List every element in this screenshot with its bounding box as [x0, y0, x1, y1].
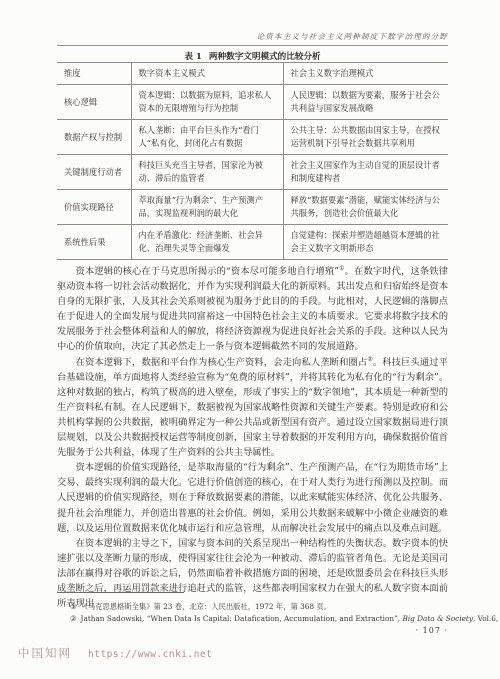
footnote-item: ①《马克思恩格斯全集》第 23 卷，北京：人民出版社，1972 年，第 368 … [57, 601, 452, 613]
table-row: 关键制度行动者 科技巨头充当主导者，国家沦为被动、滞后的监管者 社会主义国家作为… [57, 155, 448, 190]
capitalism-cell: 内在矛盾激化：经济垄断、社会异化、治理失灵等全面爆发 [131, 225, 283, 260]
header-divider [57, 45, 448, 46]
row-dimension: 核心逻辑 [57, 85, 131, 120]
footnote-divider [57, 592, 184, 593]
row-dimension: 系统性后果 [57, 225, 131, 260]
watermark-url: https://www.cnki.net [88, 649, 212, 660]
capitalism-cell: 萃取海量“行为剩余”、生产预测产品，实现监视利润的最大化 [131, 190, 283, 225]
socialism-cell: 社会主义国家作为主动自觉的顶层设计者和制度建构者 [283, 155, 448, 190]
page-number: · 107 · [416, 626, 448, 635]
running-head: 论资本主义与社会主义两种制度下数字治理的分野 [57, 31, 448, 42]
footnote-text: 《马克思恩格斯全集》第 23 卷，北京：人民出版社，1972 年，第 368 页… [81, 602, 331, 611]
body-text: 资本逻辑的核心在于马克思所揭示的“资本尽可能多地自行增殖”①。在数字时代，这条铁… [57, 264, 448, 611]
table-row: 数据产权与控制 私人垄断：由平台巨头作为“看门人”私有化、封闭化占有数据 公共主… [57, 120, 448, 155]
table-row: 系统性后果 内在矛盾激化：经济垄断、社会异化、治理失灵等全面爆发 自觉建构：探索… [57, 225, 448, 260]
footnote-marker: ① [70, 602, 77, 611]
socialism-cell: 释放“数据要素”潜能，赋能实体经济与公共服务，创造社会价值最大化 [283, 190, 448, 225]
row-dimension: 价值实现路径 [57, 190, 131, 225]
column-header-dimension: 维度 [57, 63, 131, 85]
table-row: 核心逻辑 资本逻辑：以数据为原料，追求私人资本的无限增殖与行为控制 人民逻辑：以… [57, 85, 448, 120]
footnote-item: ②Jathan Sadowski, “When Data Is Capital:… [57, 613, 452, 625]
socialism-cell: 自觉建构：探索并塑造超越资本逻辑的社会主义数字文明新形态 [283, 225, 448, 260]
table-caption-label: 表 1 [184, 52, 202, 62]
column-header-socialism: 社会主义数字治理模式 [283, 63, 448, 85]
row-dimension: 数据产权与控制 [57, 120, 131, 155]
footnotes: ①《马克思恩格斯全集》第 23 卷，北京：人民出版社，1972 年，第 368 … [57, 601, 452, 626]
comparison-table: 维度 数字资本主义模式 社会主义数字治理模式 核心逻辑 资本逻辑：以数据为原料，… [57, 62, 448, 260]
paragraph: 资本逻辑的核心在于马克思所揭示的“资本尽可能多地自行增殖”①。在数字时代，这条铁… [57, 264, 448, 355]
table-caption-title: 两种数字文明模式的比较分析 [209, 52, 321, 62]
capitalism-cell: 私人垄断：由平台巨头作为“看门人”私有化、封闭化占有数据 [131, 120, 283, 155]
capitalism-cell: 科技巨头充当主导者，国家沦为被动、滞后的监管者 [131, 155, 283, 190]
footnote-marker: ② [70, 614, 77, 623]
journal-title: Big Data & Society [402, 614, 473, 623]
paragraph: 在资本逻辑的主导之下，国家与资本间的关系呈现出一种结构性的失衡状态。数字资本的快… [57, 536, 448, 611]
table-row: 价值实现路径 萃取海量“行为剩余”、生产预测产品，实现监视利润的最大化 释放“数… [57, 190, 448, 225]
socialism-cell: 公共主导：公共数据由国家主导，在授权运营机制下引导社会数据共享利用 [283, 120, 448, 155]
row-dimension: 关键制度行动者 [57, 155, 131, 190]
paragraph: 资本逻辑的价值实现路径，是萃取海量的“行为剩余”、生产预测产品，在“行为期货市场… [57, 460, 448, 535]
paragraph: 在资本逻辑下，数据和平台作为核心生产资料，会走向私人垄断和圈占②。科技巨头通过平… [57, 355, 448, 461]
capitalism-cell: 资本逻辑：以数据为原料，追求私人资本的无限增殖与行为控制 [131, 85, 283, 120]
footnote-text: Jathan Sadowski, “When Data Is Capital: … [81, 614, 500, 623]
watermark-site-name: 中国知网 [18, 645, 72, 661]
column-header-capitalism: 数字资本主义模式 [131, 63, 283, 85]
cnki-watermark: 中国知网 https://www.cnki.net [18, 645, 212, 661]
table-header-row: 维度 数字资本主义模式 社会主义数字治理模式 [57, 63, 448, 85]
socialism-cell: 人民逻辑：以数据为要素，服务于社会公共利益与国家发展战略 [283, 85, 448, 120]
table-caption: 表 1两种数字文明模式的比较分析 [57, 50, 448, 62]
